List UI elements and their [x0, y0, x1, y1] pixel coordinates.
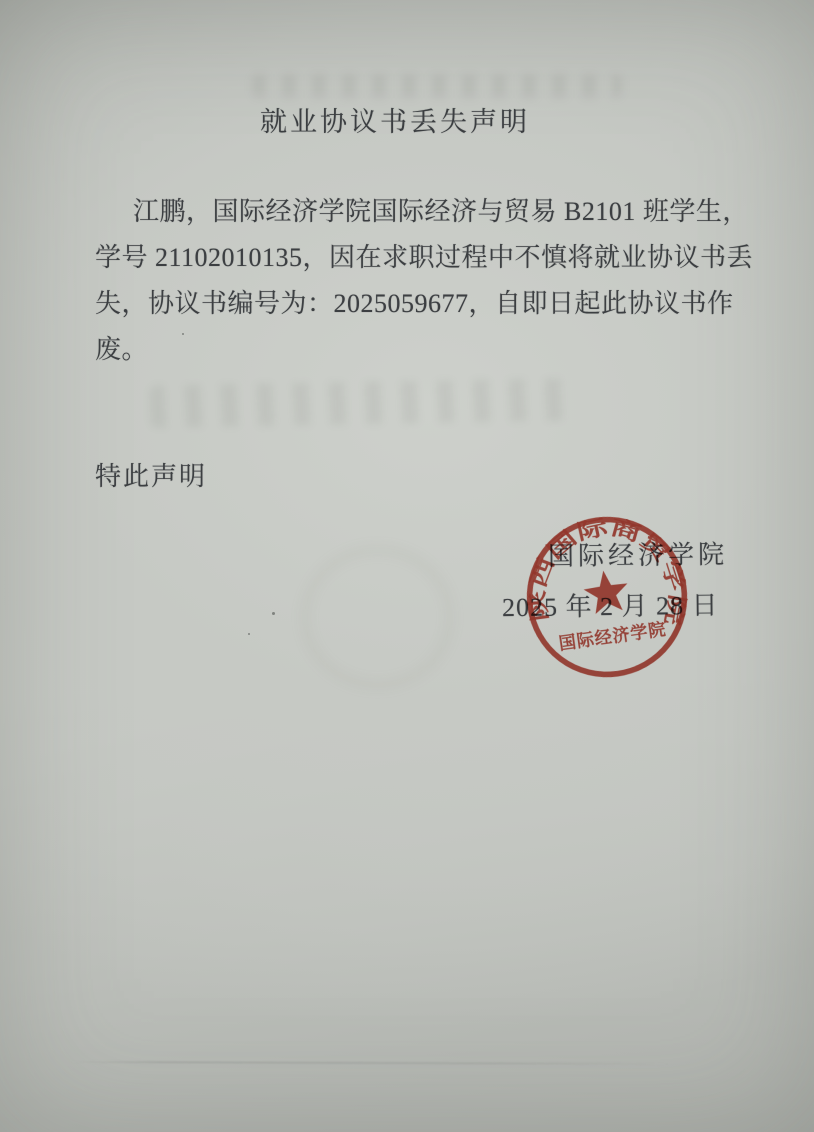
seal-bottom-text: 国际经济学院: [557, 619, 667, 654]
paper-crease: [70, 1061, 670, 1065]
bleed-through-ghost-stamp: [300, 545, 455, 690]
paper-speck: [248, 633, 250, 635]
body-line-3: 失，协议书编号为：2025059677，自即日起此协议书作: [95, 283, 734, 320]
closing-statement: 特此声明: [95, 456, 207, 493]
red-round-official-seal: 陕西国际商贸学院 国际经济学院: [510, 500, 704, 694]
photographed-document-page: 就业协议书丢失声明 江鹏，国际经济学院国际经济与贸易 B2101 班学生， 学号…: [0, 0, 814, 1132]
body-line-4: 废。: [95, 329, 148, 366]
paper-speck: [272, 612, 275, 615]
body-line-2: 学号 21102010135，因在求职过程中不慎将就业协议书丢: [95, 237, 753, 274]
bleed-through-ghost-middle: [150, 378, 581, 427]
body-line-1: 江鹏，国际经济学院国际经济与贸易 B2101 班学生，: [133, 191, 749, 228]
seal-star-icon: [581, 568, 631, 616]
bleed-through-ghost-top: [252, 74, 622, 98]
paper-speck: [182, 333, 184, 335]
document-title: 就业协议书丢失声明: [0, 100, 802, 139]
